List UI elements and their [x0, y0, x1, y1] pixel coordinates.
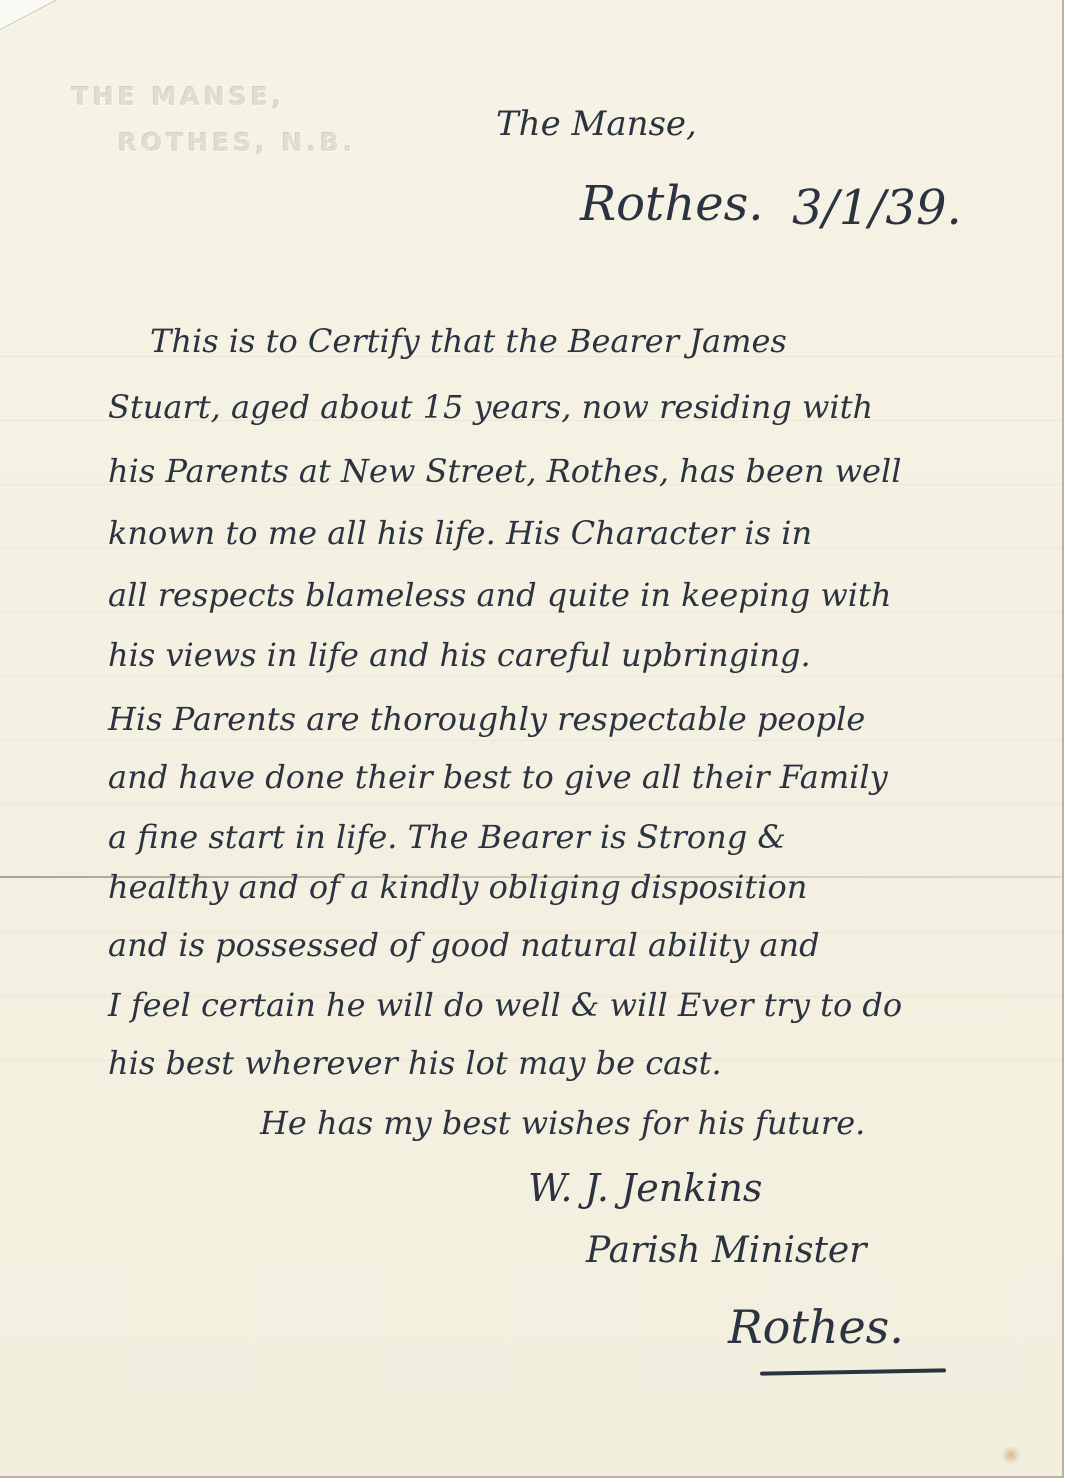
letter-date-text: 3/1/39. — [792, 180, 962, 236]
body-line-3: his Parents at New Street, Rothes, has b… — [108, 452, 901, 490]
body-closing-line: He has my best wishes for his future. — [260, 1104, 865, 1142]
body-line-5: all respects blameless and quite in keep… — [108, 576, 891, 614]
signature-title: Parish Minister — [586, 1230, 866, 1271]
address-line-2: Rothes. — [580, 176, 764, 232]
body-line-9: a fine start in life. The Bearer is Stro… — [108, 818, 786, 856]
address-line-1: The Manse, — [496, 104, 697, 144]
body-line-4: known to me all his life. His Character … — [108, 514, 812, 552]
body-line-1: This is to Certify that the Bearer James — [150, 322, 787, 360]
ruled-line — [0, 676, 1062, 677]
body-line-7: His Parents are thoroughly respectable p… — [108, 700, 865, 738]
ruled-line — [0, 804, 1062, 805]
paper-stain — [1000, 1446, 1022, 1464]
body-line-12: I feel certain he will do well & will Ev… — [108, 986, 902, 1024]
body-line-11: and is possessed of good natural ability… — [108, 926, 820, 964]
body-line-6: his views in life and his careful upbrin… — [108, 636, 811, 674]
folded-corner — [0, 0, 58, 32]
letter-paper: THE MANSE, ROTHES, N.B. The Manse, Rothe… — [0, 0, 1064, 1478]
signature-place: Rothes. — [728, 1300, 904, 1354]
body-line-10: healthy and of a kindly obliging disposi… — [108, 868, 807, 906]
letterhead-line-1: THE MANSE, — [72, 82, 286, 111]
signature-underline — [760, 1368, 946, 1375]
body-line-8: and have done their best to give all the… — [108, 758, 888, 796]
letterhead-line-2: ROTHES, N.B. — [118, 128, 357, 157]
ruled-line — [0, 740, 1062, 741]
body-line-13: his best wherever his lot may be cast. — [108, 1044, 722, 1082]
signature-name: W. J. Jenkins — [528, 1166, 762, 1210]
body-line-2: Stuart, aged about 15 years, now residin… — [108, 388, 873, 426]
